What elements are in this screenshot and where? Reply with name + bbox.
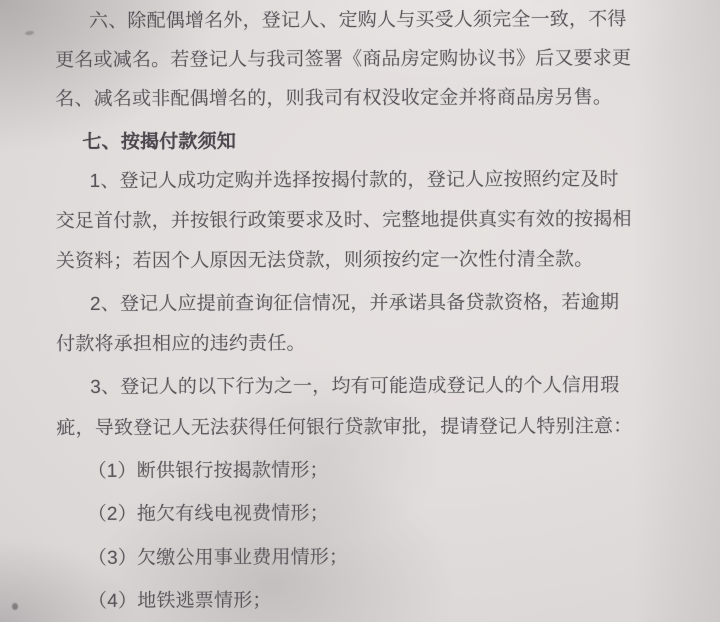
text-line: 关资料；若因个人原因无法贷款，则须按约定一次性付清全款。 [56, 248, 594, 274]
text-line: 更名或减名。若登记人与我司签署《商品房定购协议书》后又要求更 [55, 47, 631, 73]
text-line: 六、除配偶增名外，登记人、定购人与买受人须完全一致，不得 [89, 8, 627, 34]
section-heading: 七、按揭付款须知 [82, 130, 236, 155]
text-line: （2）拖欠有线电视费情形； [88, 502, 329, 527]
text-line: 2、登记人应提前查询征信情况，并承诺具备贷款资格，若逾期 [90, 291, 619, 317]
text-line: （4）地铁逃票情形； [88, 589, 272, 614]
text-line: 付款将承担相应的违约责任。 [56, 332, 306, 357]
text-line: 疵，导致登记人无法获得任何银行贷款审批，提请登记人特别注意： [56, 415, 632, 441]
text-line: 1、登记人成功定购并选择按揭付款的，登记人应按照约定及时 [90, 168, 619, 194]
text-line: 交足首付款，并按银行政策要求及时、完整地提供真实有效的按揭相 [56, 208, 632, 234]
text-line: 3、登记人的以下行为之一，均有可能造成登记人的个人信用瑕 [90, 374, 619, 400]
text-line: （1）断供银行按揭款情形； [88, 459, 329, 484]
text-line: （3）欠缴公用事业费用情形； [88, 546, 348, 571]
text-line: 名、减名或非配偶增名的，则我司有权没收定金并将商品房另售。 [55, 86, 612, 112]
text-layer: 六、除配偶增名外，登记人、定购人与买受人须完全一致，不得更名或减名。若登记人与我… [0, 0, 720, 622]
document-photo: 六、除配偶增名外，登记人、定购人与买受人须完全一致，不得更名或减名。若登记人与我… [0, 0, 720, 622]
